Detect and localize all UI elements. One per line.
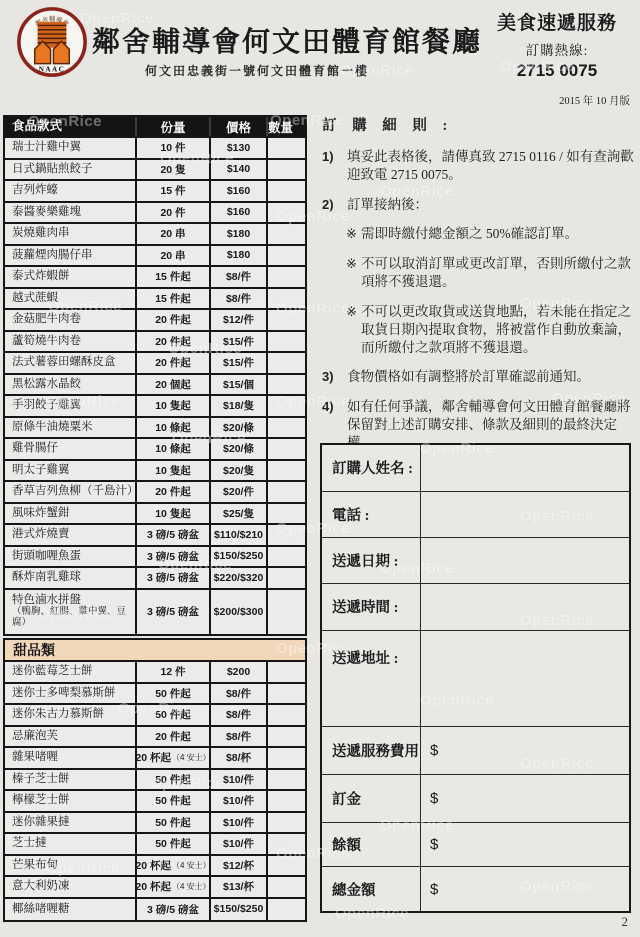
item-price-cell: $12/件: [209, 310, 266, 330]
item-name-cell: 黑松露水晶餃: [5, 375, 135, 395]
item-portion: 20 件起: [155, 334, 191, 349]
item-portion-cell: 10 隻起: [135, 461, 209, 481]
item-price: $160: [227, 206, 250, 218]
menu-row: 泰醬麥樂雞塊20 件$160: [5, 203, 305, 225]
rule-item: ※不可以更改取貨或送貨地點，若未能在指定之取貨日期內提取食物，將被當作自動放棄論…: [346, 303, 638, 356]
menu-row: 檸檬芝士餅50 件起$10/件: [5, 791, 305, 813]
rules-list: 1)填妥此表格後，請傳真致 2715 0116 / 如有查詢歡迎致電 2715 …: [322, 148, 638, 452]
item-portion-cell: 20 串: [135, 246, 209, 266]
item-quantity-cell: [266, 705, 305, 725]
item-portion: 50 件起: [155, 793, 191, 808]
item-price-cell: $8/杯: [209, 748, 266, 768]
item-price: $12/杯: [223, 858, 254, 873]
item-quantity-cell: [266, 590, 305, 634]
item-name-cell: 街頭咖喱魚蛋: [5, 547, 135, 567]
item-price-cell: $8/件: [209, 727, 266, 747]
item-portion: 3 磅/5 磅盆: [147, 527, 199, 542]
item-quantity-cell: [266, 396, 305, 416]
item-name: 日式鍋貼煎餃子: [12, 163, 93, 176]
item-portion: 12 件: [160, 664, 185, 679]
item-portion: 20 個起: [155, 377, 191, 392]
item-price-cell: $160: [209, 181, 266, 201]
item-portion-cell: 15 件: [135, 181, 209, 201]
form-field-value: $: [420, 823, 629, 867]
form-row: 總金額$: [322, 867, 629, 911]
form-field-value: [420, 584, 629, 630]
item-portion-cell: 10 件: [135, 138, 209, 158]
item-name: 蘆筍燒牛肉卷: [12, 335, 81, 348]
item-price: $13/杯: [223, 879, 254, 894]
item-price-cell: $8/件: [209, 289, 266, 309]
item-price: $10/件: [223, 836, 254, 851]
item-quantity-cell: [266, 662, 305, 682]
item-portion-cell: 12 件: [135, 662, 209, 682]
item-name: 雜果啫喱: [12, 751, 58, 764]
item-portion-cell: 15 件起: [135, 289, 209, 309]
item-quantity-cell: [266, 684, 305, 704]
menu-row: 吉列炸蠔15 件$160: [5, 181, 305, 203]
item-portion: 10 條起: [155, 420, 191, 435]
item-portion: 20 串: [160, 248, 185, 263]
item-portion: 10 件: [160, 140, 185, 155]
rule-text: 食物價格如有調整將於訂單確認前通知。: [347, 368, 638, 386]
menu-row: 芝士撻50 件起$10/件: [5, 834, 305, 856]
item-price: $8/件: [226, 291, 251, 306]
item-portion: 50 件起: [155, 686, 191, 701]
item-price-cell: $140: [209, 160, 266, 180]
menu-row: 日式鍋貼煎餃子20 隻$140: [5, 160, 305, 182]
item-name-cell: 雞骨腸仔: [5, 439, 135, 459]
item-price: $10/件: [223, 815, 254, 830]
menu-row: 雜果啫喱20 杯起（4 安士）$8/杯: [5, 748, 305, 770]
item-price-cell: $10/件: [209, 770, 266, 790]
item-name: 泰式炸蝦餅: [12, 270, 70, 283]
item-name-cell: 菠蘿煙肉腸仔串: [5, 246, 135, 266]
item-portion-cell: 20 杯起（4 安士）: [135, 748, 209, 768]
item-portion-cell: 3 磅/5 磅盆: [135, 590, 209, 634]
item-quantity-cell: [266, 246, 305, 266]
menu-row: 明太子雞翼10 隻起$20/隻: [5, 461, 305, 483]
item-quantity-cell: [266, 813, 305, 833]
menu-row: 越式蔗蝦15 件起$8/件: [5, 289, 305, 311]
menu-row: 芒果布甸20 杯起（4 安士）$12/杯: [5, 856, 305, 878]
item-price: $20/隻: [223, 463, 254, 478]
item-quantity-cell: [266, 568, 305, 588]
rule-marker: ※: [346, 225, 361, 243]
item-price-cell: $180: [209, 246, 266, 266]
menu-row: 忌廉泡芙20 件起$8/件: [5, 727, 305, 749]
menu-row: 風味炸蟹鉗10 隻起$25/隻: [5, 504, 305, 526]
item-price: $18/隻: [223, 398, 254, 413]
item-name: 忌廉泡芙: [12, 730, 58, 743]
item-portion-cell: 10 隻起: [135, 504, 209, 524]
item-portion-cell: 20 件起: [135, 310, 209, 330]
item-price: $20/條: [223, 420, 254, 435]
item-name-cell: 瑞士汁雞中翼: [5, 138, 135, 158]
menu-row: 手羽餃子雞翼10 隻起$18/隻: [5, 396, 305, 418]
item-quantity-cell: [266, 160, 305, 180]
menu-column-header: 數量: [266, 117, 305, 136]
form-field-label: 訂金: [322, 775, 420, 822]
rule-marker: 1): [322, 148, 347, 184]
item-portion-cell: 50 件起: [135, 705, 209, 725]
item-portion: 20 件起: [155, 484, 191, 499]
item-quantity-cell: [266, 504, 305, 524]
item-name: 迷你士多啤梨慕斯餅: [12, 687, 116, 700]
item-portion-cell: 20 杯起（4 安士）: [135, 877, 209, 897]
item-quantity-cell: [266, 899, 305, 921]
item-quantity-cell: [266, 770, 305, 790]
item-quantity-cell: [266, 310, 305, 330]
item-price: $140: [227, 163, 250, 175]
item-portion-cell: 50 件起: [135, 813, 209, 833]
menu-row: 瑞士汁雞中翼10 件$130: [5, 138, 305, 160]
item-quantity-cell: [266, 267, 305, 287]
menu-row: 蘆筍燒牛肉卷20 件起$15/件: [5, 332, 305, 354]
item-quantity-cell: [266, 856, 305, 876]
item-price-cell: $13/杯: [209, 877, 266, 897]
item-portion: 3 磅/5 磅盆: [147, 902, 199, 917]
rule-item: 3)食物價格如有調整將於訂單確認前通知。: [322, 368, 638, 386]
item-price-cell: $12/杯: [209, 856, 266, 876]
menu-column-header: 價格: [209, 117, 266, 136]
menu-column-header: 食品款式: [5, 117, 135, 136]
item-name-cell: 越式蔗蝦: [5, 289, 135, 309]
form-field-label: 送遞服務費用: [322, 727, 420, 774]
item-price: $150/$250: [214, 550, 264, 562]
item-price-cell: $220/$320: [209, 568, 266, 588]
item-price: $200: [227, 666, 250, 678]
item-name-cell: 意大利奶凍: [5, 877, 135, 897]
item-name-cell: 特色滷水拼盤（鴨胸、紅腸、雞中翼、豆腐）: [5, 590, 135, 634]
item-quantity-cell: [266, 748, 305, 768]
menu-row: 菠蘿煙肉腸仔串20 串$180: [5, 246, 305, 268]
item-name: 榛子芝士餅: [12, 773, 70, 786]
item-name: 芒果布甸: [12, 859, 58, 872]
item-price: $180: [227, 249, 250, 261]
item-portion-cell: 50 件起: [135, 770, 209, 790]
item-price: $15/件: [223, 355, 254, 370]
item-portion-cell: 3 磅/5 磅盆: [135, 568, 209, 588]
rule-text: 不可以取消訂單或更改訂單，否則所繳付之款項將不獲退還。: [361, 255, 638, 291]
item-name-cell: 榛子芝士餅: [5, 770, 135, 790]
menu-header-row: 食品款式份量價格數量: [5, 117, 305, 138]
item-price: $8/件: [226, 686, 251, 701]
item-portion: 10 隻起: [155, 506, 191, 521]
item-name: 炭燒雞肉串: [12, 227, 70, 240]
rule-text: 訂單接納後：: [347, 196, 638, 214]
item-portion-cell: 20 串: [135, 224, 209, 244]
item-portion: 15 件: [160, 183, 185, 198]
item-price: $8/件: [226, 707, 251, 722]
item-name: 椰絲啫喱糖: [12, 903, 70, 916]
item-name-cell: 雜果啫喱: [5, 748, 135, 768]
menu-row: 原條牛油燒粟米10 條起$20/條: [5, 418, 305, 440]
item-quantity-cell: [266, 332, 305, 352]
item-price: $20/件: [223, 484, 254, 499]
item-portion: 50 件起: [155, 707, 191, 722]
menu-column-label: 食品款式: [12, 119, 62, 133]
item-name-cell: 香草吉列魚柳（千島汁）: [5, 482, 135, 502]
item-portion-cell: 10 條起: [135, 418, 209, 438]
menu-table: 食品款式份量價格數量瑞士汁雞中翼10 件$130日式鍋貼煎餃子20 隻$140吉…: [3, 115, 307, 636]
item-name-cell: 酥炸南乳雞球: [5, 568, 135, 588]
item-price-cell: $110/$210: [209, 525, 266, 545]
form-field-value: $: [420, 775, 629, 822]
item-name: 迷你藍莓芝士餅: [12, 665, 93, 678]
item-price-cell: $130: [209, 138, 266, 158]
item-price-cell: $10/件: [209, 813, 266, 833]
menu-row: 泰式炸蝦餅15 件起$8/件: [5, 267, 305, 289]
item-price-cell: $15/個: [209, 375, 266, 395]
form-field-value: $: [420, 867, 629, 911]
item-portion: 20 杯起: [135, 858, 171, 873]
menu-row: 意大利奶凍20 杯起（4 安士）$13/杯: [5, 877, 305, 899]
menu-row: 金菇肥牛肉卷20 件起$12/件: [5, 310, 305, 332]
item-name-cell: 檸檬芝士餅: [5, 791, 135, 811]
item-portion-cell: 20 杯起（4 安士）: [135, 856, 209, 876]
item-name-cell: 手羽餃子雞翼: [5, 396, 135, 416]
item-name: 明太子雞翼: [12, 464, 70, 477]
item-quantity-cell: [266, 203, 305, 223]
item-name: 港式炸燒賣: [12, 528, 70, 541]
item-price-cell: $8/件: [209, 267, 266, 287]
item-portion-cell: 20 件起: [135, 353, 209, 373]
item-name-cell: 泰醬麥樂雞塊: [5, 203, 135, 223]
item-quantity-cell: [266, 375, 305, 395]
rules-title: 訂 購 細 則 :: [322, 114, 638, 135]
item-portion: 50 件起: [155, 772, 191, 787]
item-price-cell: $20/條: [209, 439, 266, 459]
item-price-cell: $20/隻: [209, 461, 266, 481]
menu-row: 酥炸南乳雞球3 磅/5 磅盆$220/$320: [5, 568, 305, 590]
item-name: 越式蔗蝦: [12, 292, 58, 305]
form-field-label: 送遞日期 :: [322, 538, 420, 583]
order-form-page: 鄰舍輔導會 NAAC 鄰舍輔導會何文田體育館餐廳 何文田忠義街一號何文田體育館一…: [0, 0, 640, 937]
item-portion: 20 件: [160, 205, 185, 220]
item-name-cell: 芒果布甸: [5, 856, 135, 876]
item-portion-cell: 10 隻起: [135, 396, 209, 416]
item-portion-note: （4 安士）: [172, 881, 209, 892]
item-subname: （鴨胸、紅腸、雞中翼、豆腐）: [12, 607, 135, 629]
menu-column-label: 價格: [226, 118, 251, 136]
item-name-cell: 迷你藍莓芝士餅: [5, 662, 135, 682]
form-field-value: [420, 445, 629, 491]
form-field-label: 餘額: [322, 823, 420, 867]
item-quantity-cell: [266, 791, 305, 811]
form-row: 訂購人姓名 :: [322, 445, 629, 492]
service-info: 美食速遞服務 訂購熱線: 2715 0075 2015 年 10 月版: [480, 8, 634, 108]
item-name-cell: 吉列炸蠔: [5, 181, 135, 201]
rule-text: 填妥此表格後，請傳真致 2715 0116 / 如有查詢歡迎致電 2715 00…: [347, 148, 638, 184]
form-field-value: $: [420, 727, 629, 774]
item-name-cell: 忌廉泡芙: [5, 727, 135, 747]
hotline-label: 訂購熱線:: [480, 39, 634, 59]
item-price: $130: [227, 142, 250, 154]
item-name: 手羽餃子雞翼: [12, 399, 81, 412]
item-portion: 3 磅/5 磅盆: [147, 604, 199, 619]
item-price: $10/件: [223, 793, 254, 808]
item-portion: 50 件起: [155, 836, 191, 851]
item-portion-cell: 20 隻: [135, 160, 209, 180]
item-name: 迷你雜果撻: [12, 816, 70, 829]
item-portion-cell: 20 件起: [135, 482, 209, 502]
item-quantity-cell: [266, 418, 305, 438]
rule-marker: ※: [346, 255, 361, 291]
item-portion-note: （4 安士）: [172, 752, 209, 763]
item-price-cell: $18/隻: [209, 396, 266, 416]
rule-marker: 3): [322, 368, 347, 386]
menu-row: 迷你朱古力慕斯餅50 件起$8/件: [5, 705, 305, 727]
item-price-cell: $25/隻: [209, 504, 266, 524]
item-name-cell: 迷你士多啤梨慕斯餅: [5, 684, 135, 704]
menu-row: 街頭咖喱魚蛋3 磅/5 磅盆$150/$250: [5, 547, 305, 569]
item-portion: 20 杯起: [135, 750, 171, 765]
item-portion: 20 串: [160, 226, 185, 241]
item-name-cell: 炭燒雞肉串: [5, 224, 135, 244]
item-portion-cell: 20 件起: [135, 727, 209, 747]
naac-logo: 鄰舍輔導會 NAAC: [16, 5, 88, 79]
item-name-cell: 芝士撻: [5, 834, 135, 854]
item-price-cell: $8/件: [209, 705, 266, 725]
item-name: 迷你朱古力慕斯餅: [12, 708, 104, 721]
item-price-cell: $15/件: [209, 332, 266, 352]
item-portion-cell: 20 件: [135, 203, 209, 223]
item-price: $200/$300: [214, 606, 264, 618]
dessert-section-header: 甜品類: [5, 640, 305, 662]
item-portion: 10 隻起: [155, 398, 191, 413]
rule-marker: ※: [346, 303, 361, 356]
item-price: $8/件: [226, 269, 251, 284]
item-price: $8/杯: [226, 750, 251, 765]
item-portion: 10 隻起: [155, 463, 191, 478]
item-name: 雞骨腸仔: [12, 442, 58, 455]
item-name-cell: 迷你雜果撻: [5, 813, 135, 833]
item-portion: 20 隻: [160, 162, 185, 177]
item-quantity-cell: [266, 224, 305, 244]
menu-row: 迷你雜果撻50 件起$10/件: [5, 813, 305, 835]
form-row: 送遞服務費用$: [322, 727, 629, 775]
item-portion-cell: 50 件起: [135, 791, 209, 811]
item-price: $20/條: [223, 441, 254, 456]
item-name: 泰醬麥樂雞塊: [12, 206, 81, 219]
item-name: 法式薯蓉田螺酥皮盒: [12, 356, 116, 369]
page-number: 2: [622, 914, 629, 930]
item-portion-cell: 20 個起: [135, 375, 209, 395]
item-name: 菠蘿煙肉腸仔串: [12, 249, 93, 262]
item-portion-cell: 3 磅/5 磅盆: [135, 547, 209, 567]
item-name: 特色滷水拼盤: [12, 594, 81, 607]
menu-row: 香草吉列魚柳（千島汁）20 件起$20/件: [5, 482, 305, 504]
item-portion: 15 件起: [155, 269, 191, 284]
item-price: $25/隻: [223, 506, 254, 521]
item-price: $12/件: [223, 312, 254, 327]
delivery-order-form: 訂購人姓名 :電話 :送遞日期 :送遞時間 :送遞地址 :送遞服務費用$訂金$餘…: [320, 443, 631, 913]
item-portion: 50 件起: [155, 815, 191, 830]
form-row: 送遞時間 :: [322, 584, 629, 631]
item-portion-cell: 10 條起: [135, 439, 209, 459]
item-portion: 20 件起: [155, 729, 191, 744]
item-name: 金菇肥牛肉卷: [12, 313, 81, 326]
menu-column-label: 數量: [268, 118, 293, 136]
item-price: $160: [227, 185, 250, 197]
item-name: 吉列炸蠔: [12, 184, 58, 197]
item-quantity-cell: [266, 834, 305, 854]
menu-row: 迷你藍莓芝士餅12 件$200: [5, 662, 305, 684]
menu-column-label: 份量: [160, 118, 185, 136]
form-row: 送遞日期 :: [322, 538, 629, 584]
item-price-cell: $20/條: [209, 418, 266, 438]
item-name: 酥炸南乳雞球: [12, 571, 81, 584]
item-portion: 20 件起: [155, 355, 191, 370]
form-row: 訂金$: [322, 775, 629, 823]
menu-row: 迷你士多啤梨慕斯餅50 件起$8/件: [5, 684, 305, 706]
form-field-label: 訂購人姓名 :: [322, 445, 420, 491]
rule-item: ※不可以取消訂單或更改訂單，否則所繳付之款項將不獲退還。: [346, 255, 638, 291]
item-name-cell: 金菇肥牛肉卷: [5, 310, 135, 330]
logo-acronym-text: NAAC: [39, 66, 66, 74]
item-price-cell: $200: [209, 662, 266, 682]
item-name-cell: 椰絲啫喱糖: [5, 899, 135, 921]
item-name: 瑞士汁雞中翼: [12, 141, 81, 154]
item-name: 街頭咖喱魚蛋: [12, 550, 81, 563]
item-name-cell: 明太子雞翼: [5, 461, 135, 481]
item-price-cell: $15/件: [209, 353, 266, 373]
ordering-rules: 訂 購 細 則 : 1)填妥此表格後，請傳真致 2715 0116 / 如有查詢…: [322, 114, 638, 464]
item-price-cell: $20/件: [209, 482, 266, 502]
service-name: 美食速遞服務: [480, 8, 634, 35]
item-portion-cell: 3 磅/5 磅盆: [135, 525, 209, 545]
item-quantity-cell: [266, 547, 305, 567]
menu-row: 雞骨腸仔10 條起$20/條: [5, 439, 305, 461]
form-field-label: 總金額: [322, 867, 420, 911]
item-name: 檸檬芝士餅: [12, 794, 70, 807]
form-field-value: [420, 631, 629, 726]
item-price-cell: $180: [209, 224, 266, 244]
edition-date: 2015 年 10 月版: [480, 93, 634, 108]
menu-row: 港式炸燒賣3 磅/5 磅盆$110/$210: [5, 525, 305, 547]
item-portion-note: （4 安士）: [172, 860, 209, 871]
item-quantity-cell: [266, 353, 305, 373]
item-price: $10/件: [223, 772, 254, 787]
form-row: 電話 :: [322, 492, 629, 539]
item-portion: 20 杯起: [135, 879, 171, 894]
item-price-cell: $10/件: [209, 791, 266, 811]
item-portion-cell: 3 磅/5 磅盆: [135, 899, 209, 921]
item-name: 意大利奶凍: [12, 880, 70, 893]
item-price: $220/$320: [214, 572, 264, 584]
item-portion: 20 件起: [155, 312, 191, 327]
menu-row: 特色滷水拼盤（鴨胸、紅腸、雞中翼、豆腐）3 磅/5 磅盆$200/$300: [5, 590, 305, 634]
item-portion-cell: 50 件起: [135, 834, 209, 854]
item-name-cell: 港式炸燒賣: [5, 525, 135, 545]
item-portion: 3 磅/5 磅盆: [147, 570, 199, 585]
item-price: $8/件: [226, 729, 251, 744]
menu-row: 椰絲啫喱糖3 磅/5 磅盆$150/$250: [5, 899, 305, 921]
item-price-cell: $8/件: [209, 684, 266, 704]
form-row: 餘額$: [322, 823, 629, 868]
item-name-cell: 法式薯蓉田螺酥皮盒: [5, 353, 135, 373]
item-name: 原條牛油燒粟米: [12, 421, 93, 434]
item-name-cell: 日式鍋貼煎餃子: [5, 160, 135, 180]
item-quantity-cell: [266, 181, 305, 201]
menu-row: 法式薯蓉田螺酥皮盒20 件起$15/件: [5, 353, 305, 375]
item-quantity-cell: [266, 877, 305, 897]
item-price-cell: $160: [209, 203, 266, 223]
rule-text: 需即時繳付總金額之 50%確認訂單。: [361, 225, 638, 243]
item-quantity-cell: [266, 289, 305, 309]
menu-column-header: 份量: [135, 117, 209, 136]
